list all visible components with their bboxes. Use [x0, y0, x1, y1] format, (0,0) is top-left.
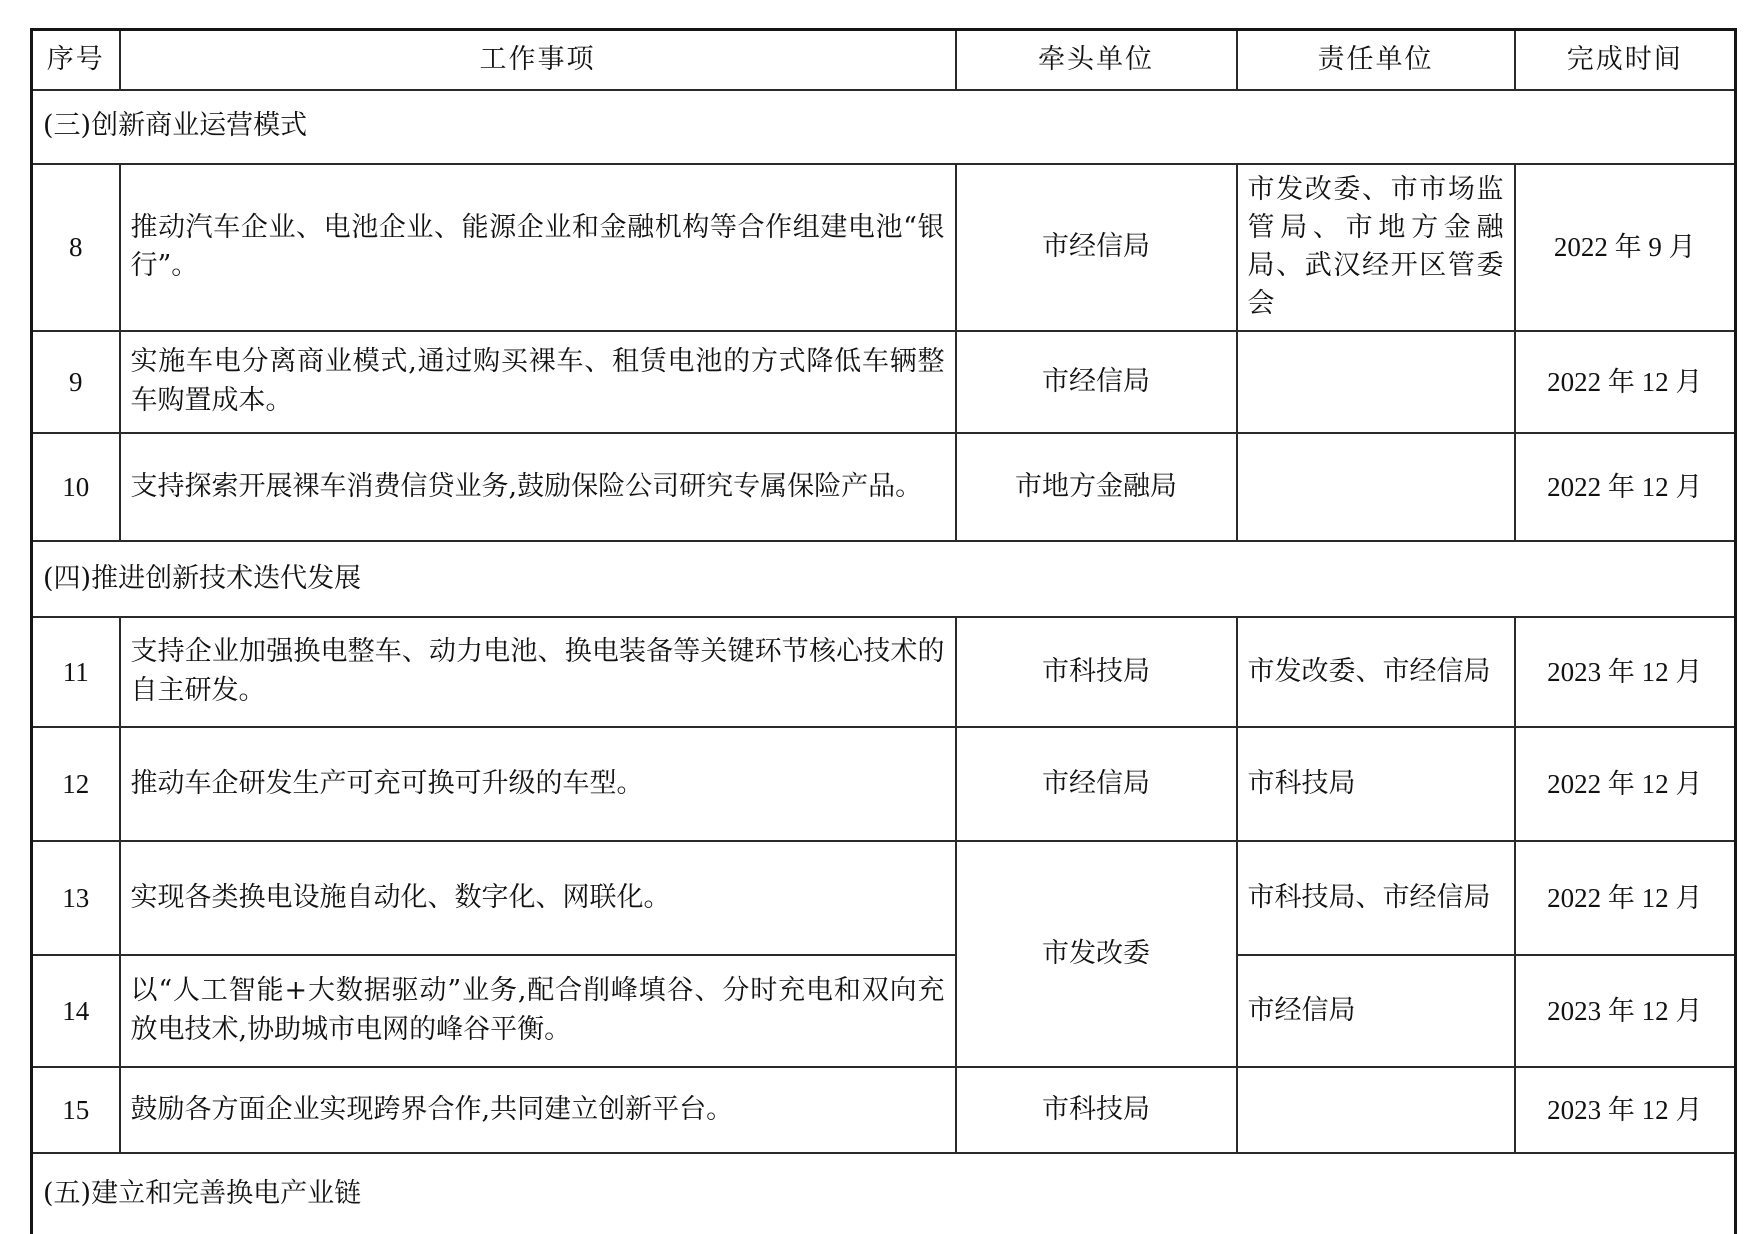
- col-header-num: 序号: [32, 30, 120, 90]
- table-row: 15 鼓励各方面企业实现跨界合作,共同建立创新平台。 市科技局 2023 年 1…: [32, 1067, 1736, 1153]
- col-header-time: 完成时间: [1515, 30, 1736, 90]
- lead-unit-cell: 市经信局: [956, 727, 1237, 841]
- resp-unit-cell: 市发改委、市市场监管局、市地方金融局、武汉经开区管委会: [1237, 164, 1515, 331]
- document-page: 序号 工作事项 牵头单位 责任单位 完成时间 (三)创新商业运营模式 8 推动汽…: [0, 0, 1764, 1234]
- time-cell: 2022 年 12 月: [1515, 727, 1736, 841]
- task-cell: 鼓励各方面企业实现跨界合作,共同建立创新平台。: [120, 1067, 956, 1153]
- time-cell: 2022 年 12 月: [1515, 433, 1736, 541]
- time-cell: 2023 年 12 月: [1515, 617, 1736, 727]
- table-row: 9 实施车电分离商业模式,通过购买裸车、租赁电池的方式降低车辆整车购置成本。 市…: [32, 331, 1736, 433]
- lead-unit-cell: 市经信局: [956, 164, 1237, 331]
- task-cell: 支持探索开展裸车消费信贷业务,鼓励保险公司研究专属保险产品。: [120, 433, 956, 541]
- row-number-cell: 15: [32, 1067, 120, 1153]
- table-header-row: 序号 工作事项 牵头单位 责任单位 完成时间: [32, 30, 1736, 90]
- table-row: 8 推动汽车企业、电池企业、能源企业和金融机构等合作组建电池“银行”。 市经信局…: [32, 164, 1736, 331]
- section-label: (四)推进创新技术迭代发展: [32, 541, 1736, 617]
- lead-unit-cell: 市地方金融局: [956, 433, 1237, 541]
- section-label: (三)创新商业运营模式: [32, 90, 1736, 164]
- table-row: 11 支持企业加强换电整车、动力电池、换电装备等关键环节核心技术的自主研发。 市…: [32, 617, 1736, 727]
- table-row: 10 支持探索开展裸车消费信贷业务,鼓励保险公司研究专属保险产品。 市地方金融局…: [32, 433, 1736, 541]
- col-header-lead: 牵头单位: [956, 30, 1237, 90]
- task-cell: 实施车电分离商业模式,通过购买裸车、租赁电池的方式降低车辆整车购置成本。: [120, 331, 956, 433]
- section-row: (四)推进创新技术迭代发展: [32, 541, 1736, 617]
- row-number-cell: 12: [32, 727, 120, 841]
- table-row: 12 推动车企研发生产可充可换可升级的车型。 市经信局 市科技局 2022 年 …: [32, 727, 1736, 841]
- row-number-cell: 11: [32, 617, 120, 727]
- lead-unit-cell: 市经信局: [956, 331, 1237, 433]
- col-header-resp: 责任单位: [1237, 30, 1515, 90]
- time-cell: 2022 年 12 月: [1515, 331, 1736, 433]
- lead-unit-cell: 市科技局: [956, 1067, 1237, 1153]
- row-number-cell: 13: [32, 841, 120, 955]
- row-number-cell: 14: [32, 955, 120, 1067]
- table-row: 13 实现各类换电设施自动化、数字化、网联化。 市发改委 市科技局、市经信局 2…: [32, 841, 1736, 955]
- col-header-task: 工作事项: [120, 30, 956, 90]
- row-number-cell: 9: [32, 331, 120, 433]
- resp-unit-cell: [1237, 1067, 1515, 1153]
- time-cell: 2022 年 9 月: [1515, 164, 1736, 331]
- task-cell: 实现各类换电设施自动化、数字化、网联化。: [120, 841, 956, 955]
- resp-unit-cell: 市科技局、市经信局: [1237, 841, 1515, 955]
- resp-unit-cell: [1237, 433, 1515, 541]
- task-cell: 推动车企研发生产可充可换可升级的车型。: [120, 727, 956, 841]
- resp-unit-cell: 市经信局: [1237, 955, 1515, 1067]
- time-cell: 2023 年 12 月: [1515, 1067, 1736, 1153]
- resp-unit-cell: [1237, 331, 1515, 433]
- task-cell: 推动汽车企业、电池企业、能源企业和金融机构等合作组建电池“银行”。: [120, 164, 956, 331]
- work-plan-table: 序号 工作事项 牵头单位 责任单位 完成时间 (三)创新商业运营模式 8 推动汽…: [30, 28, 1737, 1234]
- resp-unit-cell: 市发改委、市经信局: [1237, 617, 1515, 727]
- time-cell: 2023 年 12 月: [1515, 955, 1736, 1067]
- row-number-cell: 10: [32, 433, 120, 541]
- resp-unit-cell: 市科技局: [1237, 727, 1515, 841]
- task-cell: 以“人工智能+大数据驱动”业务,配合削峰填谷、分时充电和双向充放电技术,协助城市…: [120, 955, 956, 1067]
- section-row: (五)建立和完善换电产业链: [32, 1153, 1736, 1234]
- lead-unit-cell-merged: 市发改委: [956, 841, 1237, 1067]
- table-row: 14 以“人工智能+大数据驱动”业务,配合削峰填谷、分时充电和双向充放电技术,协…: [32, 955, 1736, 1067]
- section-row: (三)创新商业运营模式: [32, 90, 1736, 164]
- section-label: (五)建立和完善换电产业链: [32, 1153, 1736, 1234]
- lead-unit-cell: 市科技局: [956, 617, 1237, 727]
- row-number-cell: 8: [32, 164, 120, 331]
- task-cell: 支持企业加强换电整车、动力电池、换电装备等关键环节核心技术的自主研发。: [120, 617, 956, 727]
- time-cell: 2022 年 12 月: [1515, 841, 1736, 955]
